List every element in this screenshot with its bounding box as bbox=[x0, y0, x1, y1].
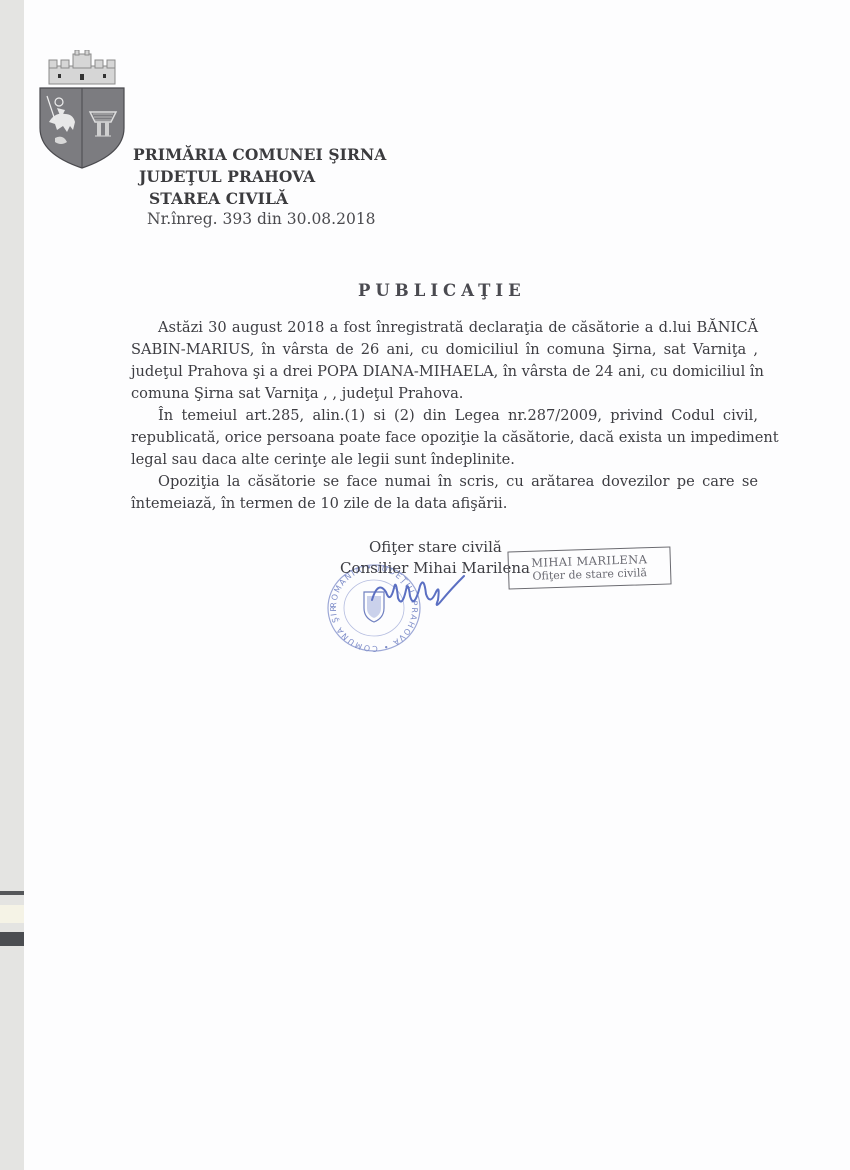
county-name: JUDEŢUL PRAHOVA bbox=[139, 167, 315, 186]
registration-number: Nr.înreg. 393 din 30.08.2018 bbox=[147, 210, 376, 228]
scan-artifact bbox=[0, 905, 24, 923]
paragraph-declaration: Astăzi 30 august 2018 a fost înregistrat… bbox=[131, 317, 758, 405]
signatory-role: Ofiţer stare civilă bbox=[369, 538, 502, 556]
text-line: SABIN-MARIUS, în vârsta de 26 ani, cu do… bbox=[131, 339, 758, 361]
department-name: STAREA CIVILĂ bbox=[149, 189, 288, 208]
scan-artifact bbox=[0, 932, 24, 946]
signatory-name: Consilier Mihai Marilena bbox=[340, 559, 530, 577]
scan-edge-strip bbox=[0, 0, 24, 1170]
paragraph-opposition: Opoziţia la căsătorie se face numai în s… bbox=[131, 471, 758, 515]
text-line: Astăzi 30 august 2018 a fost înregistrat… bbox=[131, 317, 758, 339]
text-line: Opoziţia la căsătorie se face numai în s… bbox=[131, 471, 758, 493]
paragraph-legal-basis: În temeiul art.285, alin.(1) si (2) din … bbox=[131, 405, 758, 471]
text-line: legal sau daca alte cerinţe ale legii su… bbox=[131, 449, 758, 471]
text-line: În temeiul art.285, alin.(1) si (2) din … bbox=[131, 405, 758, 427]
coat-of-arms-icon bbox=[37, 50, 127, 170]
institution-name: PRIMĂRIA COMUNEI ŞIRNA bbox=[133, 145, 386, 164]
name-stamp: MIHAI MARILENA Ofiţer de stare civilă bbox=[507, 546, 671, 589]
text-line: republicată, orice persoana poate face o… bbox=[131, 427, 758, 449]
document-title: PUBLICAŢIE bbox=[358, 281, 526, 300]
text-line: comuna Şirna sat Varniţa , , judeţul Pra… bbox=[131, 383, 758, 405]
text-line: întemeiază, în termen de 10 zile de la d… bbox=[131, 493, 758, 515]
text-line: judeţul Prahova şi a drei POPA DIANA-MIH… bbox=[131, 361, 758, 383]
scan-artifact bbox=[0, 891, 24, 895]
